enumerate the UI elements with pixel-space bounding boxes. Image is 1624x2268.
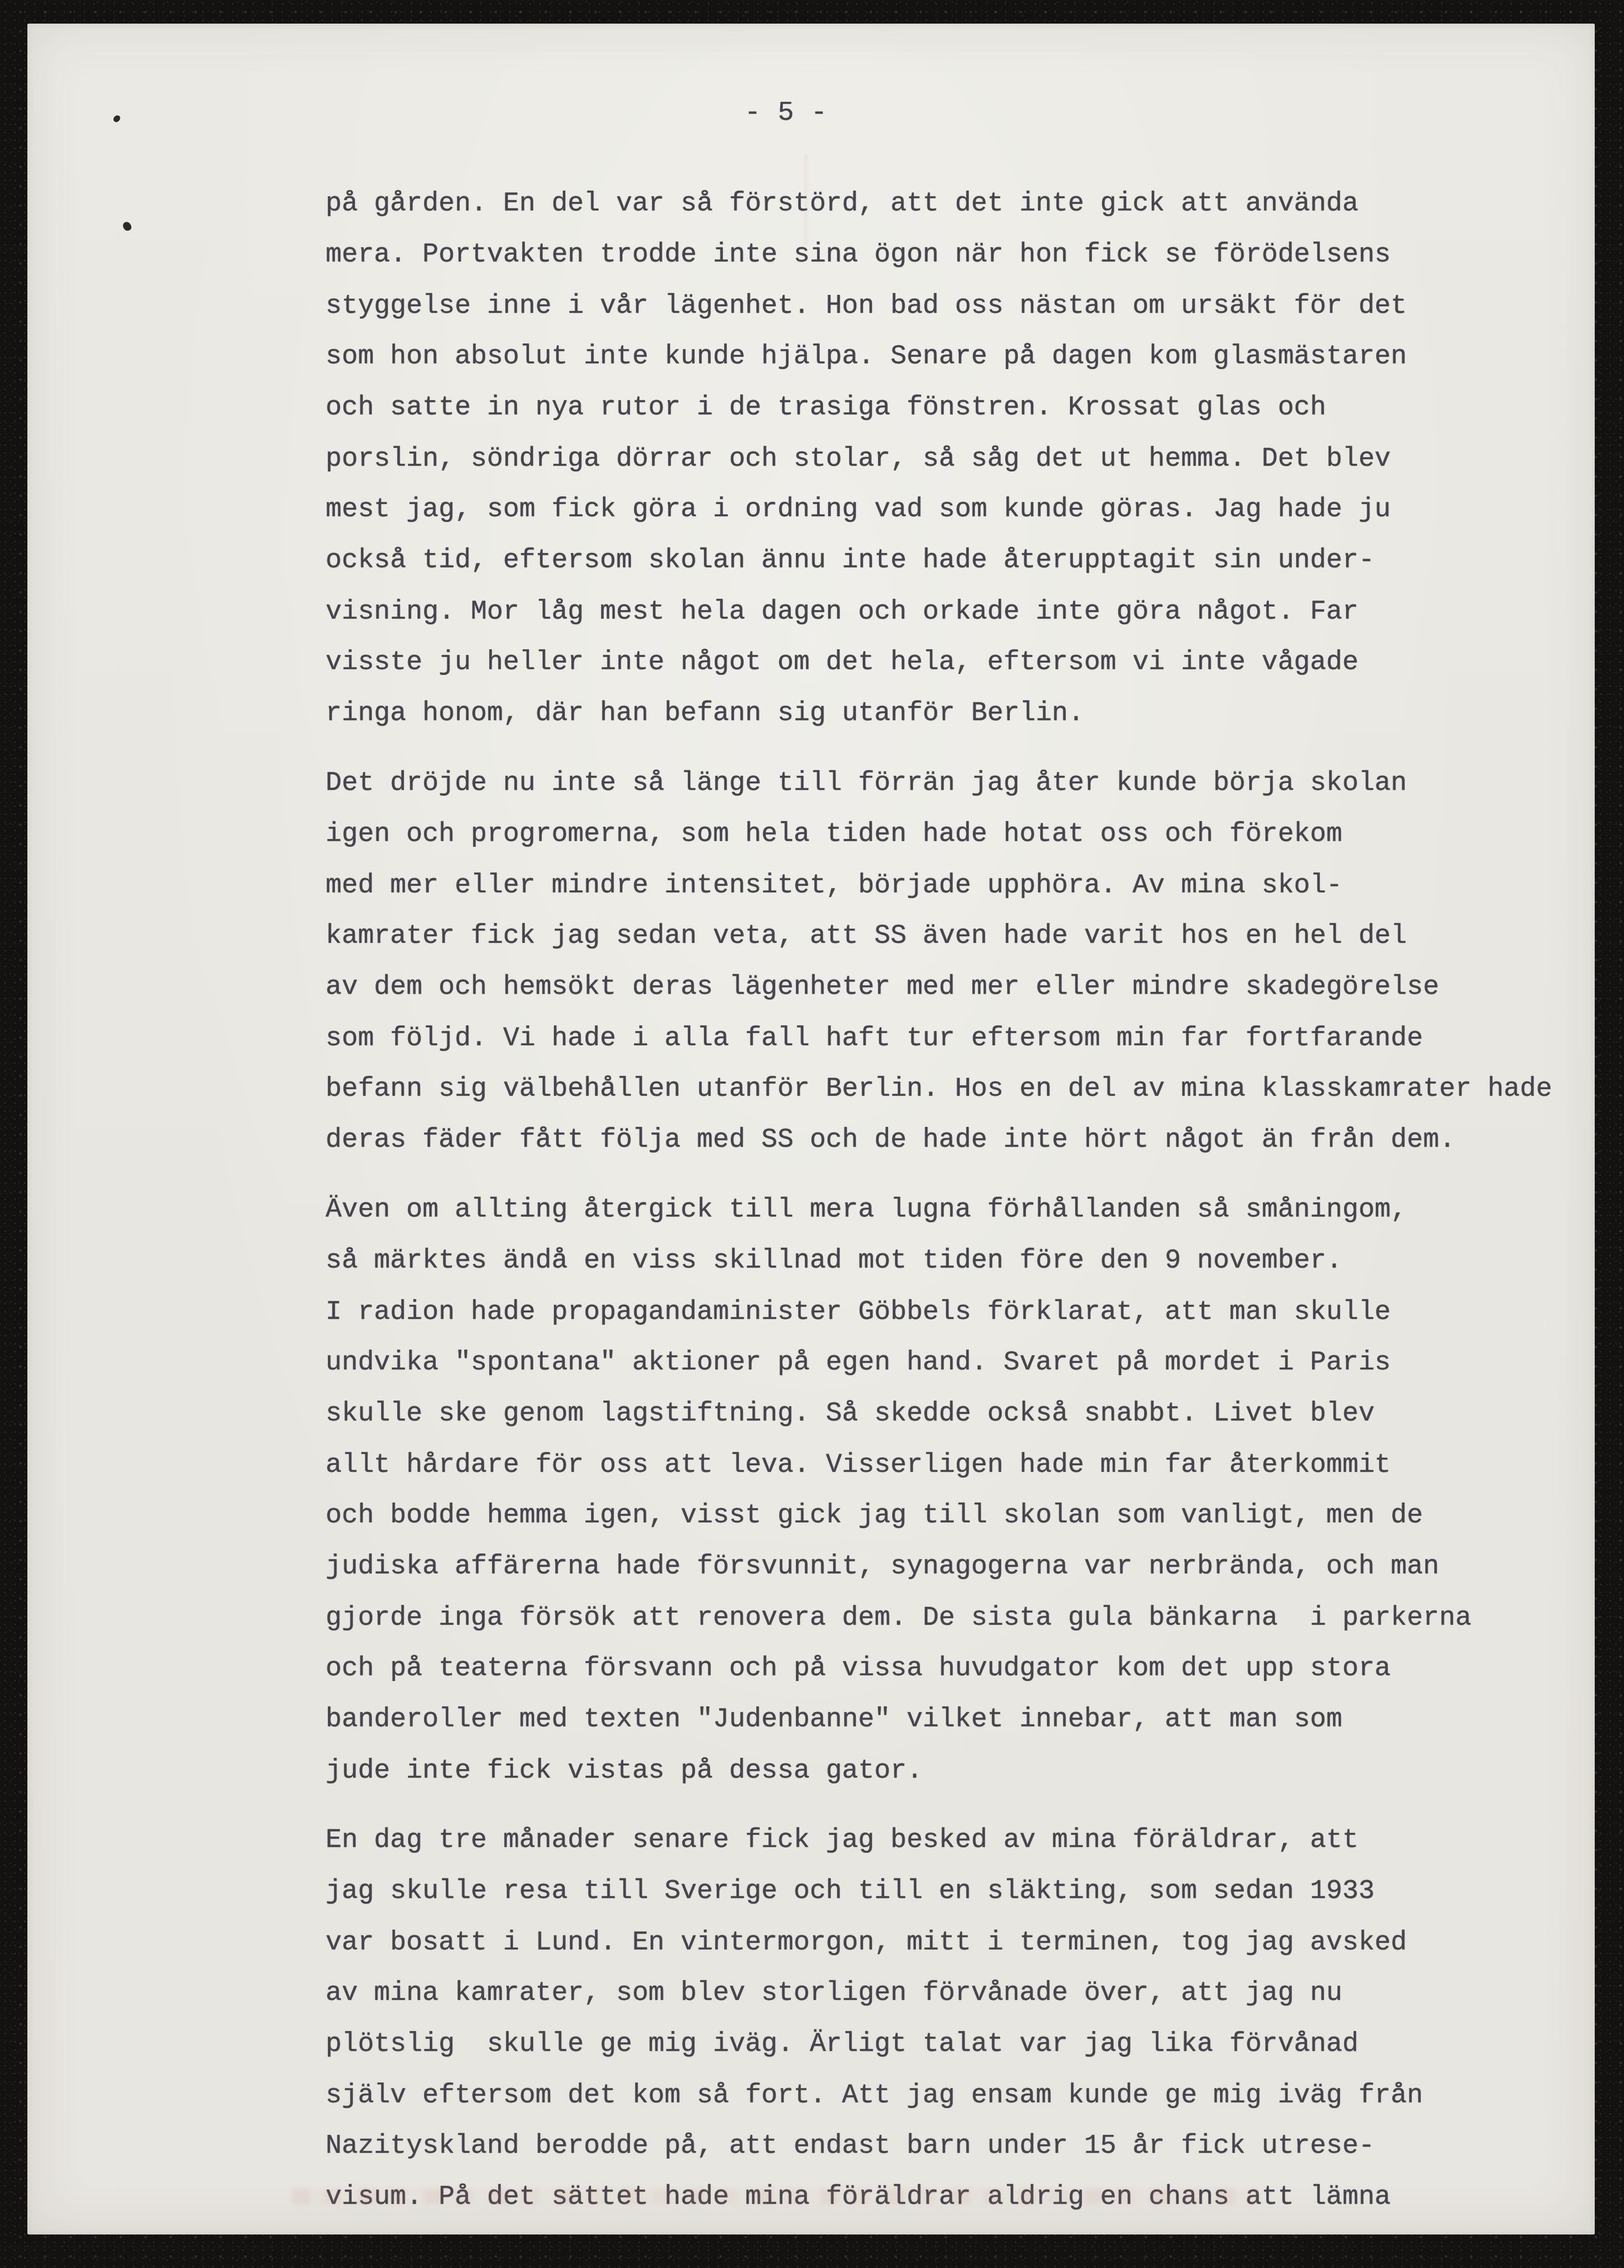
text-line: var bosatt i Lund. En vintermorgon, mitt… (326, 1917, 1618, 1968)
text-line: och på teaterna försvann och på vissa hu… (326, 1643, 1618, 1694)
text-line: och bodde hemma igen, visst gick jag til… (326, 1490, 1618, 1541)
paragraph: En dag tre månader senare fick jag beske… (326, 1815, 1618, 2223)
text-line: jude inte fick vistas på dessa gator. (326, 1746, 1618, 1797)
paragraph: Även om allting återgick till mera lugna… (326, 1184, 1618, 1796)
text-line: befann sig välbehållen utanför Berlin. H… (326, 1064, 1618, 1115)
text-line: också tid, eftersom skolan ännu inte had… (326, 535, 1618, 586)
text-line: så märktes ändå en viss skillnad mot tid… (326, 1235, 1618, 1286)
text-line: med mer eller mindre intensitet, började… (326, 860, 1618, 911)
paper-speck (113, 114, 121, 123)
text-line: porslin, söndriga dörrar och stolar, så … (326, 434, 1618, 485)
text-line: igen och progromerna, som hela tiden had… (326, 809, 1618, 860)
text-line: mera. Portvakten trodde inte sina ögon n… (326, 229, 1618, 280)
document-page: - 5 - på gården. En del var så förstörd,… (27, 24, 1595, 2234)
text-line: själv eftersom det kom så fort. Att jag … (326, 2070, 1618, 2121)
text-line: I radion hade propagandaminister Göbbels… (326, 1287, 1618, 1338)
text-line: plötslig skulle ge mig iväg. Ärligt tala… (326, 2019, 1618, 2070)
text-line: gjorde inga försök att renovera dem. De … (326, 1593, 1618, 1644)
ink-bleed-ghost-line (292, 2189, 1259, 2205)
paragraph: på gården. En del var så förstörd, att d… (326, 178, 1618, 739)
text-line: skulle ske genom lagstiftning. Så skedde… (326, 1388, 1618, 1439)
text-line: En dag tre månader senare fick jag beske… (326, 1815, 1618, 1866)
scanner-bed: - 5 - på gården. En del var så förstörd,… (0, 0, 1624, 2268)
text-line: Det dröjde nu inte så länge till förrän … (326, 758, 1618, 809)
page-number: - 5 - (745, 98, 828, 128)
text-line: och satte in nya rutor i de trasiga föns… (326, 382, 1618, 433)
text-line: på gården. En del var så förstörd, att d… (326, 178, 1618, 229)
text-line: jag skulle resa till Sverige och till en… (326, 1866, 1618, 1917)
ink-bleed-mark (805, 155, 807, 244)
text-line: visste ju heller inte något om det hela,… (326, 637, 1618, 688)
text-line: mest jag, som fick göra i ordning vad so… (326, 484, 1618, 535)
text-line: Nazityskland berodde på, att endast barn… (326, 2121, 1618, 2172)
text-line: som hon absolut inte kunde hjälpa. Senar… (326, 331, 1618, 382)
text-line: kamrater fick jag sedan veta, att SS äve… (326, 911, 1618, 962)
text-line: styggelse inne i vår lägenhet. Hon bad o… (326, 281, 1618, 332)
text-line: allt hårdare för oss att leva. Visserlig… (326, 1440, 1618, 1491)
text-line: visning. Mor låg mest hela dagen och ork… (326, 587, 1618, 638)
text-line: undvika "spontana" aktioner på egen hand… (326, 1337, 1618, 1388)
text-line: av mina kamrater, som blev storligen för… (326, 1968, 1618, 2019)
text-line: Även om allting återgick till mera lugna… (326, 1184, 1618, 1235)
text-line: deras fäder fått följa med SS och de had… (326, 1115, 1618, 1166)
text-line: banderoller med texten "Judenbanne" vilk… (326, 1694, 1618, 1745)
typewritten-text: på gården. En del var så förstörd, att d… (326, 178, 1618, 2223)
paper-speck (122, 221, 132, 231)
text-line: ringa honom, där han befann sig utanför … (326, 688, 1618, 739)
paragraph: Det dröjde nu inte så länge till förrän … (326, 758, 1618, 1166)
text-line: av dem och hemsökt deras lägenheter med … (326, 962, 1618, 1013)
text-line: som följd. Vi hade i alla fall haft tur … (326, 1013, 1618, 1064)
text-line: judiska affärerna hade försvunnit, synag… (326, 1541, 1618, 1592)
